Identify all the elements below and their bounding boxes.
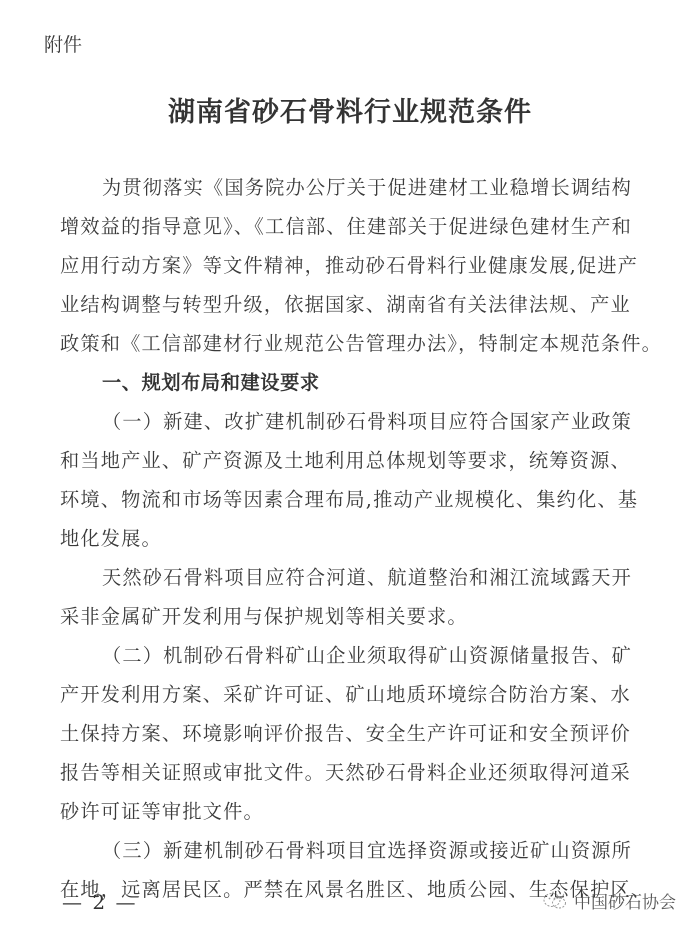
- page-number: — 2 —: [62, 890, 137, 914]
- text-line: 土保持方案、环境影响评价报告、安全生产许可证和安全预评价: [60, 714, 660, 753]
- text-line: 应用行动方案》等文件精神，推动砂石骨料行业健康发展,促进产: [60, 246, 660, 285]
- text-line: 环境、物流和市场等因素合理布局,推动产业规模化、集约化、基: [60, 480, 660, 519]
- text-line: 政策和《工信部建材行业规范公告管理办法》，特制定本规范条件。: [60, 324, 660, 363]
- text-line: （二）机制砂石骨料矿山企业须取得矿山资源储量报告、矿: [60, 636, 660, 675]
- document-title: 湖南省砂石骨料行业规范条件: [0, 90, 700, 129]
- text-line: （一）新建、改扩建机制砂石骨料项目应符合国家产业政策: [60, 402, 660, 441]
- text-line: 和当地产业、矿产资源及土地利用总体规划等要求，统筹资源、: [60, 441, 660, 480]
- watermark-text: 中国砂石协会: [574, 888, 676, 913]
- section-heading: 一、规划布局和建设要求: [60, 363, 660, 402]
- text-line: （三）新建机制砂石骨料项目宜选择资源或接近矿山资源所: [60, 831, 660, 870]
- wechat-icon: [542, 891, 568, 911]
- text-line: 天然砂石骨料项目应符合河道、航道整治和湘江流域露天开: [60, 558, 660, 597]
- watermark: 中国砂石协会: [542, 888, 676, 913]
- attachment-label: 附件: [44, 30, 82, 57]
- text-line: 业结构调整与转型升级，依据国家、湖南省有关法律法规、产业: [60, 285, 660, 324]
- text-line: 产开发利用方案、采矿许可证、矿山地质环境综合防治方案、水: [60, 675, 660, 714]
- text-line: 采非金属矿开发利用与保护规划等相关要求。: [60, 597, 660, 636]
- text-line: 砂许可证等审批文件。: [60, 792, 660, 831]
- text-line: 增效益的指导意见》、《工信部、住建部关于促进绿色建材生产和: [60, 207, 660, 246]
- text-line: 地化发展。: [60, 519, 660, 558]
- text-line: 报告等相关证照或审批文件。天然砂石骨料企业还须取得河道采: [60, 753, 660, 792]
- text-line: 为贯彻落实《国务院办公厅关于促进建材工业稳增长调结构: [60, 168, 660, 207]
- document-page: 附件 湖南省砂石骨料行业规范条件 为贯彻落实《国务院办公厅关于促进建材工业稳增长…: [0, 0, 700, 936]
- document-body: 为贯彻落实《国务院办公厅关于促进建材工业稳增长调结构 增效益的指导意见》、《工信…: [60, 168, 660, 909]
